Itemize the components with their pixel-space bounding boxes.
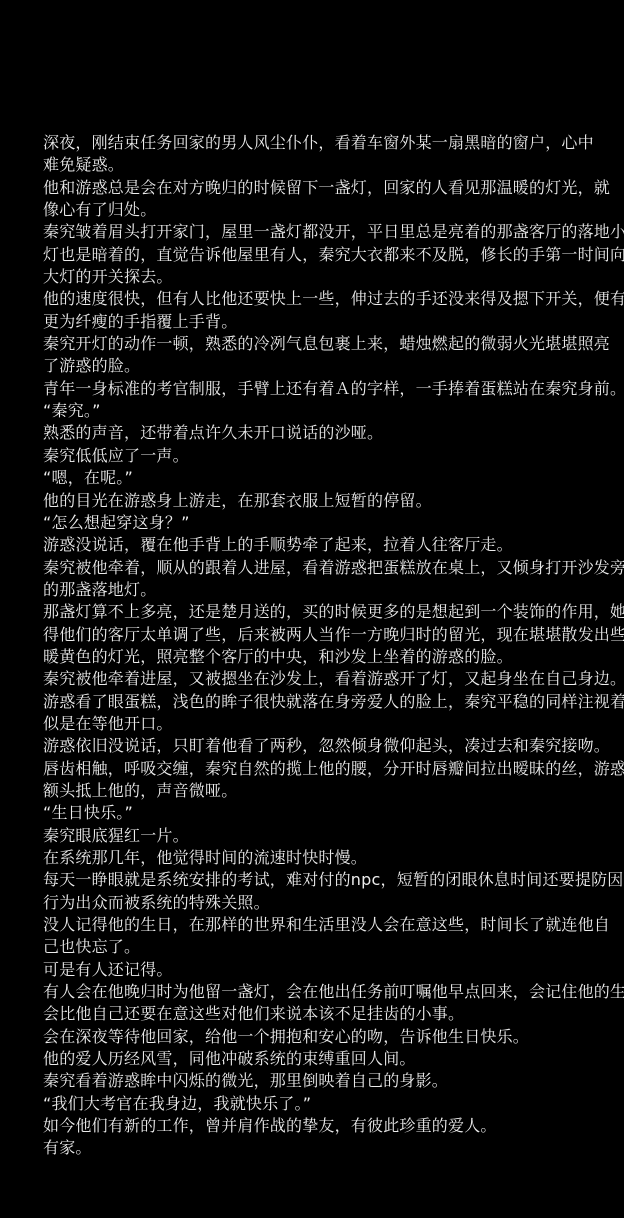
story-text: 深夜，刚结束任务回家的男人风尘仆仆，看着车窗外某一扇黑暗的窗户，心中 难免疑惑。… (43, 132, 603, 1160)
text-line: 秦究低低应了一声。 (43, 445, 603, 467)
text-line: 似是在等他开口。 (43, 713, 603, 735)
text-line: 秦究皱着眉头打开家门，屋里一盏灯都没开，平日里总是亮着的那盏客厅的落地小台 (43, 221, 603, 243)
story-page: 深夜，刚结束任务回家的男人风尘仆仆，看着车窗外某一扇黑暗的窗户，心中 难免疑惑。… (0, 0, 624, 1218)
text-line: 如今他们有新的工作，曾并肩作战的挚友，有彼此珍重的爱人。 (43, 1115, 603, 1137)
text-line: 他的速度很快，但有人比他还要快上一些，伸过去的手还没来得及摁下开关，便有只 (43, 288, 603, 310)
text-line: 秦究被他牵着进屋，又被摁坐在沙发上，看着游惑开了灯，又起身坐在自己身边。 (43, 668, 603, 690)
text-line: 没人记得他的生日，在那样的世界和生活里没人会在意这些，时间长了就连他自 (43, 914, 603, 936)
text-line: 秦究被他牵着，顺从的跟着人进屋，看着游惑把蛋糕放在桌上，又倾身打开沙发旁 (43, 557, 603, 579)
text-line: 的那盏落地灯。 (43, 579, 603, 601)
text-line: 唇齿相触，呼吸交缠，秦究自然的揽上他的腰，分开时唇瓣间拉出暧昧的丝，游惑的 (43, 758, 603, 780)
text-line: “我们大考官在我身边，我就快乐了。” (43, 1093, 603, 1115)
text-line: “怎么想起穿这身？” (43, 512, 603, 534)
text-line: 在系统那几年，他觉得时间的流速时快时慢。 (43, 847, 603, 869)
text-line: 青年一身标准的考官制服，手臂上还有着Ａ的字样，一手捧着蛋糕站在秦究身前。 (43, 378, 603, 400)
text-line: 会比他自己还要在意这些对他们来说本该不足挂齿的小事。 (43, 1003, 603, 1025)
text-line: 深夜，刚结束任务回家的男人风尘仆仆，看着车窗外某一扇黑暗的窗户，心中 (43, 132, 603, 154)
text-line: 灯也是暗着的，直觉告诉他屋里有人，秦究大衣都来不及脱，修长的手第一时间向 (43, 244, 603, 266)
text-line: 他的目光在游惑身上游走，在那套衣服上短暂的停留。 (43, 490, 603, 512)
text-line: 游惑依旧没说话，只盯着他看了两秒，忽然倾身微仰起头，凑过去和秦究接吻。 (43, 735, 603, 757)
text-line: 有人会在他晚归时为他留一盏灯，会在他出任务前叮嘱他早点回来，会记住他的生日， (43, 981, 603, 1003)
text-line: 行为出众而被系统的特殊关照。 (43, 892, 603, 914)
text-line: 暖黄色的灯光，照亮整个客厅的中央，和沙发上坐着的游惑的脸。 (43, 646, 603, 668)
text-line: 更为纤瘦的手指覆上手背。 (43, 311, 603, 333)
text-line: 有家。 (43, 1137, 603, 1159)
text-line: 了游惑的脸。 (43, 355, 603, 377)
text-line: 游惑没说话，覆在他手背上的手顺势牵了起来，拉着人往客厅走。 (43, 534, 603, 556)
text-line: “生日快乐。” (43, 802, 603, 824)
text-line: 游惑看了眼蛋糕，浅色的眸子很快就落在身旁爱人的脸上，秦究平稳的同样注视着他， (43, 691, 603, 713)
text-line: 可是有人还记得。 (43, 959, 603, 981)
text-line: 秦究开灯的动作一顿，熟悉的冷冽气息包裹上来，蜡烛燃起的微弱火光堪堪照亮 (43, 333, 603, 355)
text-line: “秦究。” (43, 400, 603, 422)
text-line: 大灯的开关探去。 (43, 266, 603, 288)
text-line: 他的爱人历经风雪，同他冲破系统的束缚重回人间。 (43, 1048, 603, 1070)
text-line: 额头抵上他的，声音微哑。 (43, 780, 603, 802)
text-line: 熟悉的声音，还带着点许久未开口说话的沙哑。 (43, 422, 603, 444)
text-line: 秦究看着游惑眸中闪烁的微光，那里倒映着自己的身影。 (43, 1070, 603, 1092)
text-line: 己也快忘了。 (43, 936, 603, 958)
text-line: “嗯，在呢。” (43, 467, 603, 489)
text-line: 会在深夜等待他回家，给他一个拥抱和安心的吻，告诉他生日快乐。 (43, 1026, 603, 1048)
text-line: 难免疑惑。 (43, 154, 603, 176)
text-line: 那盏灯算不上多亮，还是楚月送的，买的时候更多的是想起到一个装饰的作用，她觉 (43, 601, 603, 623)
text-line: 秦究眼底猩红一片。 (43, 825, 603, 847)
text-line: 得他们的客厅太单调了些，后来被两人当作一方晚归时的留光，现在堪堪散发出些许 (43, 624, 603, 646)
text-line: 他和游惑总是会在对方晚归的时候留下一盏灯，回家的人看见那温暖的灯光，就 (43, 177, 603, 199)
text-line: 像心有了归处。 (43, 199, 603, 221)
text-line: 每天一睁眼就是系统安排的考试，难对付的npc，短暂的闭眼休息时间还要提防因为 (43, 869, 603, 891)
